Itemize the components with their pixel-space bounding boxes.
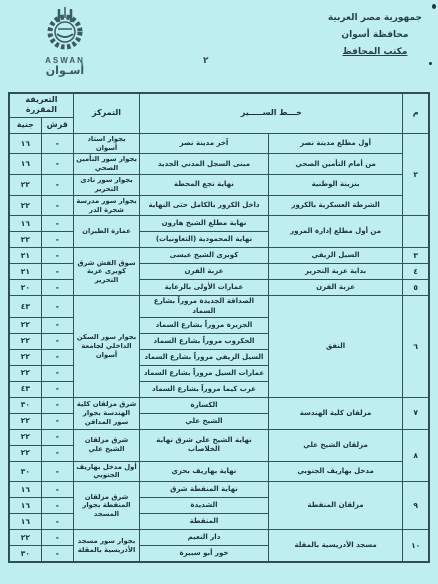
tariff-piastres-cell: - [41,296,73,317]
route-start-cell: مسجد الأدريسية بالمقلة [268,530,403,563]
aswan-logo: ASWAN أسـوان [24,6,106,77]
tariff-pounds-cell: ١٦ [9,482,41,498]
station-cell: بجوار سور التأمين الصحي [73,154,139,175]
tariff-piastres-cell: - [41,333,73,349]
table-row: ٢ أول مطلع مدينة نصر آخر مدينة نصر بجوار… [9,133,429,154]
tariff-piastres-cell: - [41,195,73,216]
route-start-cell: أول مطلع مدينة نصر [268,133,403,154]
route-end-cell: عزبة الفرن [140,264,269,280]
tariff-piastres-cell: - [41,429,73,445]
tariff-piastres-cell: - [41,397,73,413]
tariff-piastres-cell: - [41,232,73,248]
tariff-pounds-cell: ٢١ [9,248,41,264]
station-cell: شرق مزلقان الشيخ علي [73,429,139,461]
governorate-line: محافظة أسوان [328,27,422,44]
col-header-pounds: جنية [9,117,41,133]
route-number-cell: ٣ [403,248,429,264]
tariff-pounds-cell: ٣٠ [9,546,41,563]
tariff-piastres-cell: - [41,445,73,461]
tariff-piastres-cell: - [41,248,73,264]
scan-speck [432,4,436,9]
tariff-piastres-cell: - [41,365,73,381]
station-cell: بجوار سور مسجد الأدريسية بالمقلة [73,530,139,563]
table-row: ٦ النفق الصداقة الجديدة مروراً بشارع الس… [9,296,429,317]
route-end-cell: الشديدة [140,498,269,514]
tariff-piastres-cell: - [41,317,73,333]
route-number-cell [403,216,429,248]
tariff-piastres-cell: - [41,482,73,498]
tariff-piastres-cell: - [41,154,73,175]
col-header-station: التمركز [73,93,139,133]
col-header-route: خـــط الســـــير [140,93,403,133]
route-start-cell: عزبة الفرن [268,280,403,296]
table-row: ٨ مزلقان الشيخ علي نهاية الشيخ علي شرق ن… [9,429,429,445]
tariff-pounds-cell: ١٦ [9,133,41,154]
route-start-cell: بداية عزبة التحرير [268,264,403,280]
route-start-cell: مزلقان الشيخ علي [268,429,403,461]
table-row: من أمام التأمين الصحي مبنى السجل المدني … [9,154,429,175]
station-cell: بجوار استاد أسوان [73,133,139,154]
route-end-cell: الحكروب مروراً بشارع السماد [140,333,269,349]
route-end-cell: الشيخ علي [140,413,269,429]
tariff-pounds-cell: ٣٠ [9,461,41,482]
station-cell: بجوار سور السكن الداخلي لجامعة أسوان [73,296,139,397]
route-number-cell: ٥ [403,280,429,296]
station-cell: عمارة الطيران [73,216,139,248]
route-end-cell: آخر مدينة نصر [140,133,269,154]
route-end-cell: الكسارة [140,397,269,413]
aswan-emblem-icon [29,6,101,52]
tariff-piastres-cell: - [41,216,73,232]
route-start-cell: مدخل بهاريف الجنوبي [268,461,403,482]
tariff-piastres-cell: - [41,349,73,365]
route-number-cell: ٧ [403,397,429,429]
route-end-cell: نهاية الشيخ علي شرق نهاية الخلاصاب [140,429,269,461]
table-row: ١٠ مسجد الأدريسية بالمقلة دار النعيم بجو… [9,530,429,546]
tariff-piastres-cell: - [41,381,73,397]
route-end-cell: داخل الكرور بالكامل حتى النهاية [140,195,269,216]
route-number-cell: ٤ [403,264,429,280]
route-end-cell: خور أبو سبيرة [140,546,269,563]
country-line: جمهورية مصر العربية [328,10,422,27]
tariff-pounds-cell: ٢٢ [9,429,41,445]
table-row: الشرطة العسكرية بالكرور داخل الكرور بالك… [9,195,429,216]
route-end-cell: عمارات السيل مروراً بشارع السماد [140,365,269,381]
tariff-piastres-cell: - [41,280,73,296]
route-end-cell: السيل الريفي مروراً بشارع السماد [140,349,269,365]
table-row: بنزينة الوطنية نهاية نجع المحطة بجوار سو… [9,175,429,196]
route-number-cell: ١٠ [403,530,429,563]
route-end-cell: نهاية المحمودية (التعاونيات) [140,232,269,248]
station-cell: شرق مزلقان كلية الهندسة بجوار سور المداف… [73,397,139,429]
route-end-cell: الجزيرة مروراً بشارع السماد [140,317,269,333]
route-end-cell: نهاية نجع المحطة [140,175,269,196]
route-end-cell: نهاية بهاريف بحري [140,461,269,482]
tariff-piastres-cell: - [41,514,73,530]
tariff-pounds-cell: ٤٣ [9,381,41,397]
route-start-cell: النفق [268,296,403,397]
route-start-cell: من أول مطلع إدارة المرور [268,216,403,248]
col-header-tariff: التعريفة المقررة [9,93,73,117]
tariff-pounds-cell: ٤٣ [9,296,41,317]
table-row: من أول مطلع إدارة المرور نهاية مطلع الشي… [9,216,429,232]
tariff-pounds-cell: ١٦ [9,216,41,232]
tariff-piastres-cell: - [41,413,73,429]
station-cell: بجوار سور نادى التحرير [73,175,139,196]
tariff-piastres-cell: - [41,546,73,563]
route-start-cell: مزلقان كلية الهندسة [268,397,403,429]
route-number-cell: ٢ [403,133,429,216]
scan-speck [429,62,432,65]
tariff-pounds-cell: ٢٢ [9,333,41,349]
tariff-pounds-cell: ٣٠ [9,397,41,413]
tariff-pounds-cell: ٢٢ [9,365,41,381]
route-end-cell: الصداقة الجديدة مروراً بشارع السماد [140,296,269,317]
route-number-cell: ٩ [403,482,429,530]
tariff-table: م خـــط الســـــير التمركز التعريفة المق… [8,92,430,563]
tariff-piastres-cell: - [41,498,73,514]
station-cell: شرق مزلقان المنقطة بجوار المسجد [73,482,139,530]
route-start-cell: مزلقان المنقطة [268,482,403,530]
tariff-pounds-cell: ٢٢ [9,195,41,216]
tariff-pounds-cell: ٢٢ [9,232,41,248]
tariff-piastres-cell: - [41,175,73,196]
route-end-cell: عمارات الأولى بالرعاية [140,280,269,296]
station-cell: بجوار سور مدرسة شجرة الدر [73,195,139,216]
logo-text-ar: أسـوان [24,64,106,77]
tariff-pounds-cell: ١٦ [9,154,41,175]
route-end-cell: دار النعيم [140,530,269,546]
route-end-cell: المنقطة [140,514,269,530]
table-row: ٤ بداية عزبة التحرير عزبة الفرن - ٢١ [9,264,429,280]
route-start-cell: من أمام التأمين الصحي [268,154,403,175]
route-number-cell: ٦ [403,296,429,397]
tariff-piastres-cell: - [41,461,73,482]
station-cell: سوق الفش شرق كوبرى عزبة التحرير [73,248,139,296]
tariff-piastres-cell: - [41,133,73,154]
office-line: مكتب المحافظ [328,44,422,61]
tariff-pounds-cell: ٢١ [9,264,41,280]
tariff-pounds-cell: ٢٢ [9,349,41,365]
route-end-cell: نهاية المنقطة شرق [140,482,269,498]
tariff-pounds-cell: ٢٢ [9,530,41,546]
tariff-pounds-cell: ٢٢ [9,445,41,461]
page-number: ٢ [203,56,209,66]
tariff-pounds-cell: ٢٢ [9,317,41,333]
tariff-pounds-cell: ٢٢ [9,175,41,196]
table-row: ٣ السيل الريفي كوبرى الشيخ عيسى سوق الفش… [9,248,429,264]
route-end-cell: نهاية مطلع الشيخ هارون [140,216,269,232]
route-number-cell: ٨ [403,429,429,482]
tariff-pounds-cell: ٢٠ [9,280,41,296]
route-end-cell: غرب كيما مروراً بشارع السماد [140,381,269,397]
tariff-piastres-cell: - [41,530,73,546]
tariff-pounds-cell: ١٦ [9,514,41,530]
route-end-cell: مبنى السجل المدني الجديد [140,154,269,175]
table-row: مدخل بهاريف الجنوبي نهاية بهاريف بحري أو… [9,461,429,482]
table-row: ٧ مزلقان كلية الهندسة الكسارة شرق مزلقان… [9,397,429,413]
route-start-cell: السيل الريفي [268,248,403,264]
route-start-cell: بنزينة الوطنية [268,175,403,196]
table-row: ٥ عزبة الفرن عمارات الأولى بالرعاية - ٢٠ [9,280,429,296]
route-start-cell: الشرطة العسكرية بالكرور [268,195,403,216]
route-end-cell: كوبرى الشيخ عيسى [140,248,269,264]
table-row: ٩ مزلقان المنقطة نهاية المنقطة شرق شرق م… [9,482,429,498]
col-header-piastres: قرش [41,117,73,133]
tariff-pounds-cell: ٢٢ [9,413,41,429]
tariff-pounds-cell: ١٦ [9,498,41,514]
station-cell: أول مدخل بهاريف الجنوبي [73,461,139,482]
tariff-piastres-cell: - [41,264,73,280]
letterhead: جمهورية مصر العربية محافظة أسوان مكتب ال… [328,10,422,61]
col-header-number: م [403,93,429,133]
